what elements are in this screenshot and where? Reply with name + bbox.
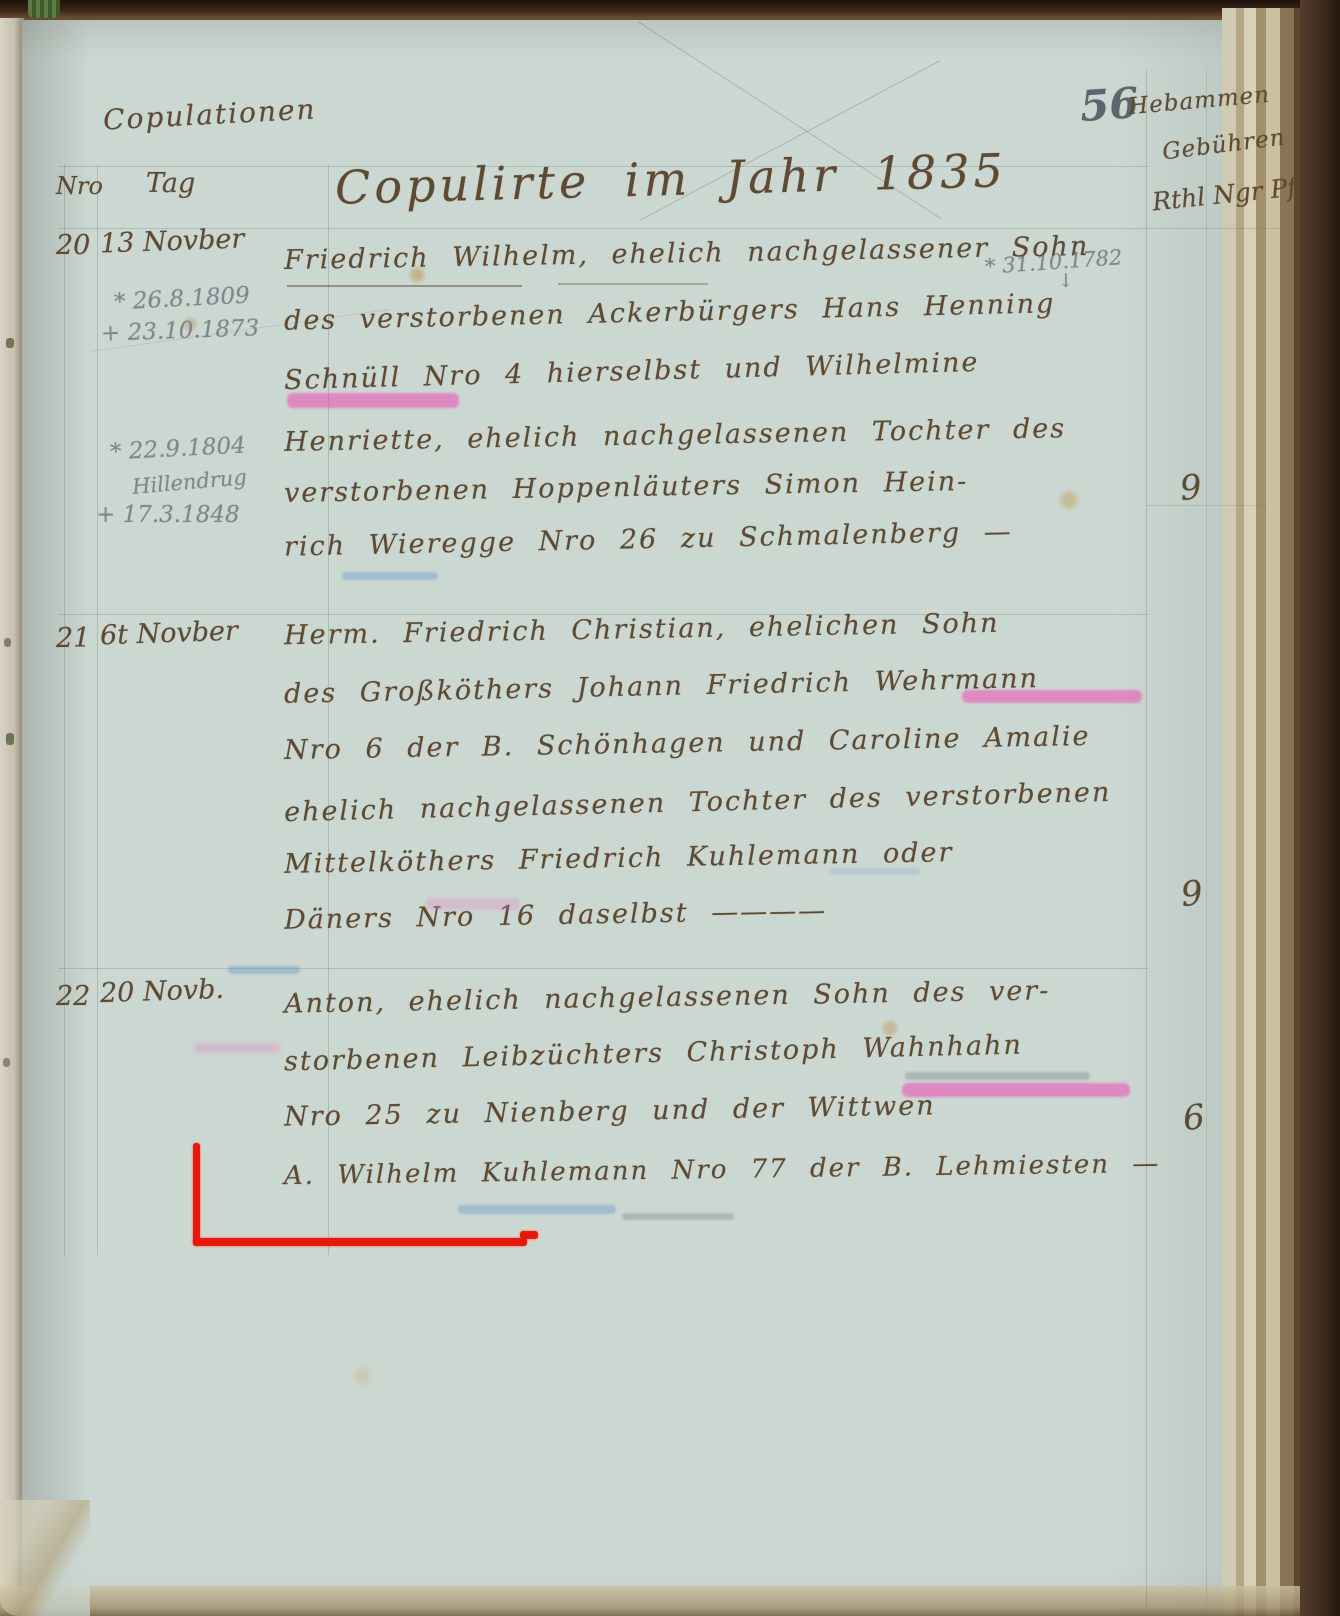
column-header-tag: Tag (146, 168, 195, 199)
pink-smear (425, 898, 520, 910)
entry-20-date: 13 Novber (100, 223, 245, 259)
entry-21-date: 6t Novber (100, 616, 239, 652)
entry-20-nro: 20 (56, 230, 90, 261)
edge-nick (6, 338, 14, 348)
column-rule-fees-right (1206, 70, 1207, 1616)
entry-20-pencil-death-bride: + 17.3.1848 (96, 502, 240, 528)
row-rule-entry-21-22 (58, 968, 1148, 969)
entry-21-nro: 21 (56, 623, 90, 654)
blue-pencil-mark-wieregge (342, 572, 438, 580)
edge-nick (4, 638, 11, 647)
page-block-bottom-edge (0, 1586, 1300, 1616)
entry-22-fee: 6 (1181, 1097, 1207, 1139)
entry-22-nro: 22 (56, 981, 90, 1012)
pink-smear (193, 1043, 281, 1053)
gray-pencil-smear (622, 1213, 734, 1220)
entry-22-date: 20 Novb. (99, 974, 224, 1009)
red-bracket-hook (520, 1231, 538, 1239)
column-rule-fees-left (1146, 70, 1147, 1616)
pink-highlight-schnuell (287, 393, 459, 408)
entry-20-fee: 9 (1178, 467, 1204, 509)
entry-20-pencil-death-groom: + 23.10.1873 (101, 315, 260, 347)
blue-pencil-mark-kuhlemann-2 (458, 1205, 616, 1214)
bottom-left-page-curl (0, 1500, 90, 1616)
gray-pencil-smear (905, 1072, 1090, 1080)
edge-nick-green (6, 733, 14, 745)
register-page-scan: Copulationen Nro Tag Copulirte im Jahr 1… (0, 0, 1340, 1616)
page-block-left-edge (0, 18, 24, 1616)
blue-pencil-mark-kuhlemann (830, 868, 920, 875)
green-binding-thread (28, 0, 60, 18)
ink-underline (558, 283, 708, 285)
column-rule-outer-left (64, 165, 65, 1255)
pink-highlight-wehrmann (962, 690, 1142, 703)
edge-nick (3, 1058, 10, 1067)
pink-highlight-wahnhahn (902, 1083, 1130, 1097)
ink-underline (287, 285, 522, 287)
page-block-fore-edge (1222, 8, 1302, 1616)
blue-pencil-mark-daeners (228, 966, 300, 974)
entry-20-annotation-arrow-icon: ↓ (1058, 270, 1074, 292)
fee-row-rule (1146, 505, 1266, 506)
column-rule-nro (97, 165, 98, 1255)
red-bracket-horizontal (193, 1238, 527, 1246)
entry-21-fee: 9 (1179, 873, 1205, 915)
red-bracket-vertical (193, 1143, 200, 1245)
column-header-nro: Nro (56, 172, 103, 200)
book-cover-right-edge (1300, 0, 1340, 1616)
